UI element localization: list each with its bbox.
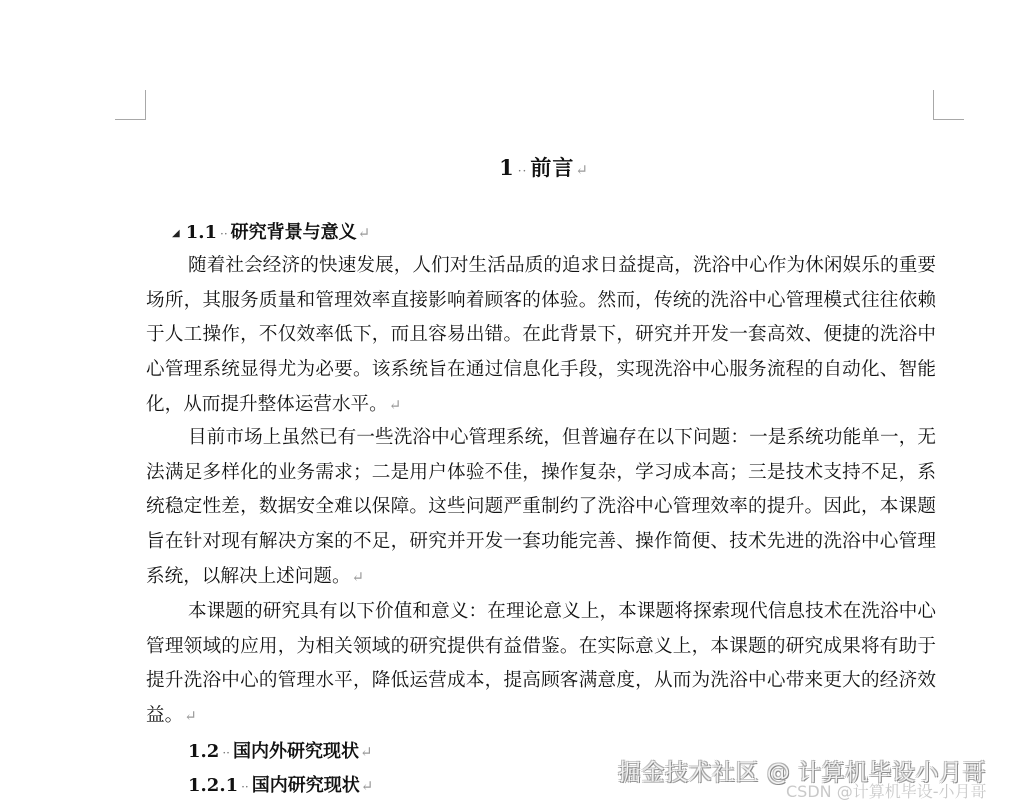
heading-title: 前言 (530, 155, 574, 180)
csdn-watermark: CSDN @计算机毕设-小月哥 (786, 779, 986, 802)
body-paragraph[interactable]: 随着社会经济的快速发展，人们对生活品质的追求日益提高，洗浴中心作为休闲娱乐的重要… (146, 249, 936, 423)
space-marks: ·· (241, 780, 249, 794)
heading-number: 1.2.1 (188, 775, 238, 796)
heading-title: 国内外研究现状 (233, 741, 359, 762)
paragraph-mark-icon: ↵ (360, 743, 373, 761)
space-marks: ·· (220, 227, 228, 241)
paragraph-mark-icon: ↵ (389, 396, 402, 414)
space-marks: ·· (518, 164, 528, 178)
paragraph-mark-icon: ↵ (575, 161, 589, 179)
paragraph-text: 本课题的研究具有以下价值和意义：在理论意义上，本课题将探索现代信息技术在洗浴中心… (146, 601, 936, 726)
body-paragraph[interactable]: 目前市场上虽然已有一些洗浴中心管理系统，但普遍存在以下问题：一是系统功能单一，无… (146, 421, 936, 595)
heading-number: 1.1 (186, 222, 217, 243)
paragraph-mark-icon: ↵ (361, 777, 374, 795)
page-corner-mark-left (115, 90, 146, 120)
paragraph-text: 随着社会经济的快速发展，人们对生活品质的追求日益提高，洗浴中心作为休闲娱乐的重要… (146, 255, 936, 415)
heading-1-2-research-status[interactable]: 1.2··国内外研究现状↵ (188, 737, 373, 763)
heading-1-2-1-domestic-status[interactable]: 1.2.1··国内研究现状↵ (188, 771, 373, 797)
paragraph-mark-icon: ↵ (352, 568, 365, 586)
heading-number: 1 (499, 155, 515, 180)
paragraph-text: 目前市场上虽然已有一些洗浴中心管理系统，但普遍存在以下问题：一是系统功能单一，无… (146, 427, 936, 587)
paragraph-mark-icon: ↵ (358, 224, 371, 242)
space-marks: ·· (222, 746, 230, 760)
paragraph-mark-icon: ↵ (184, 707, 197, 725)
collapse-triangle-icon[interactable]: ◢ (172, 228, 180, 239)
page-corner-mark-right (933, 90, 964, 120)
heading-1-1-background[interactable]: ◢1.1··研究背景与意义↵ (172, 218, 370, 244)
heading-title: 研究背景与意义 (231, 222, 357, 243)
body-paragraph[interactable]: 本课题的研究具有以下价值和意义：在理论意义上，本课题将探索现代信息技术在洗浴中心… (146, 595, 936, 734)
heading-title: 国内研究现状 (252, 775, 360, 796)
heading-1-preface[interactable]: 1··前言↵ (0, 152, 1028, 182)
heading-number: 1.2 (188, 741, 219, 762)
